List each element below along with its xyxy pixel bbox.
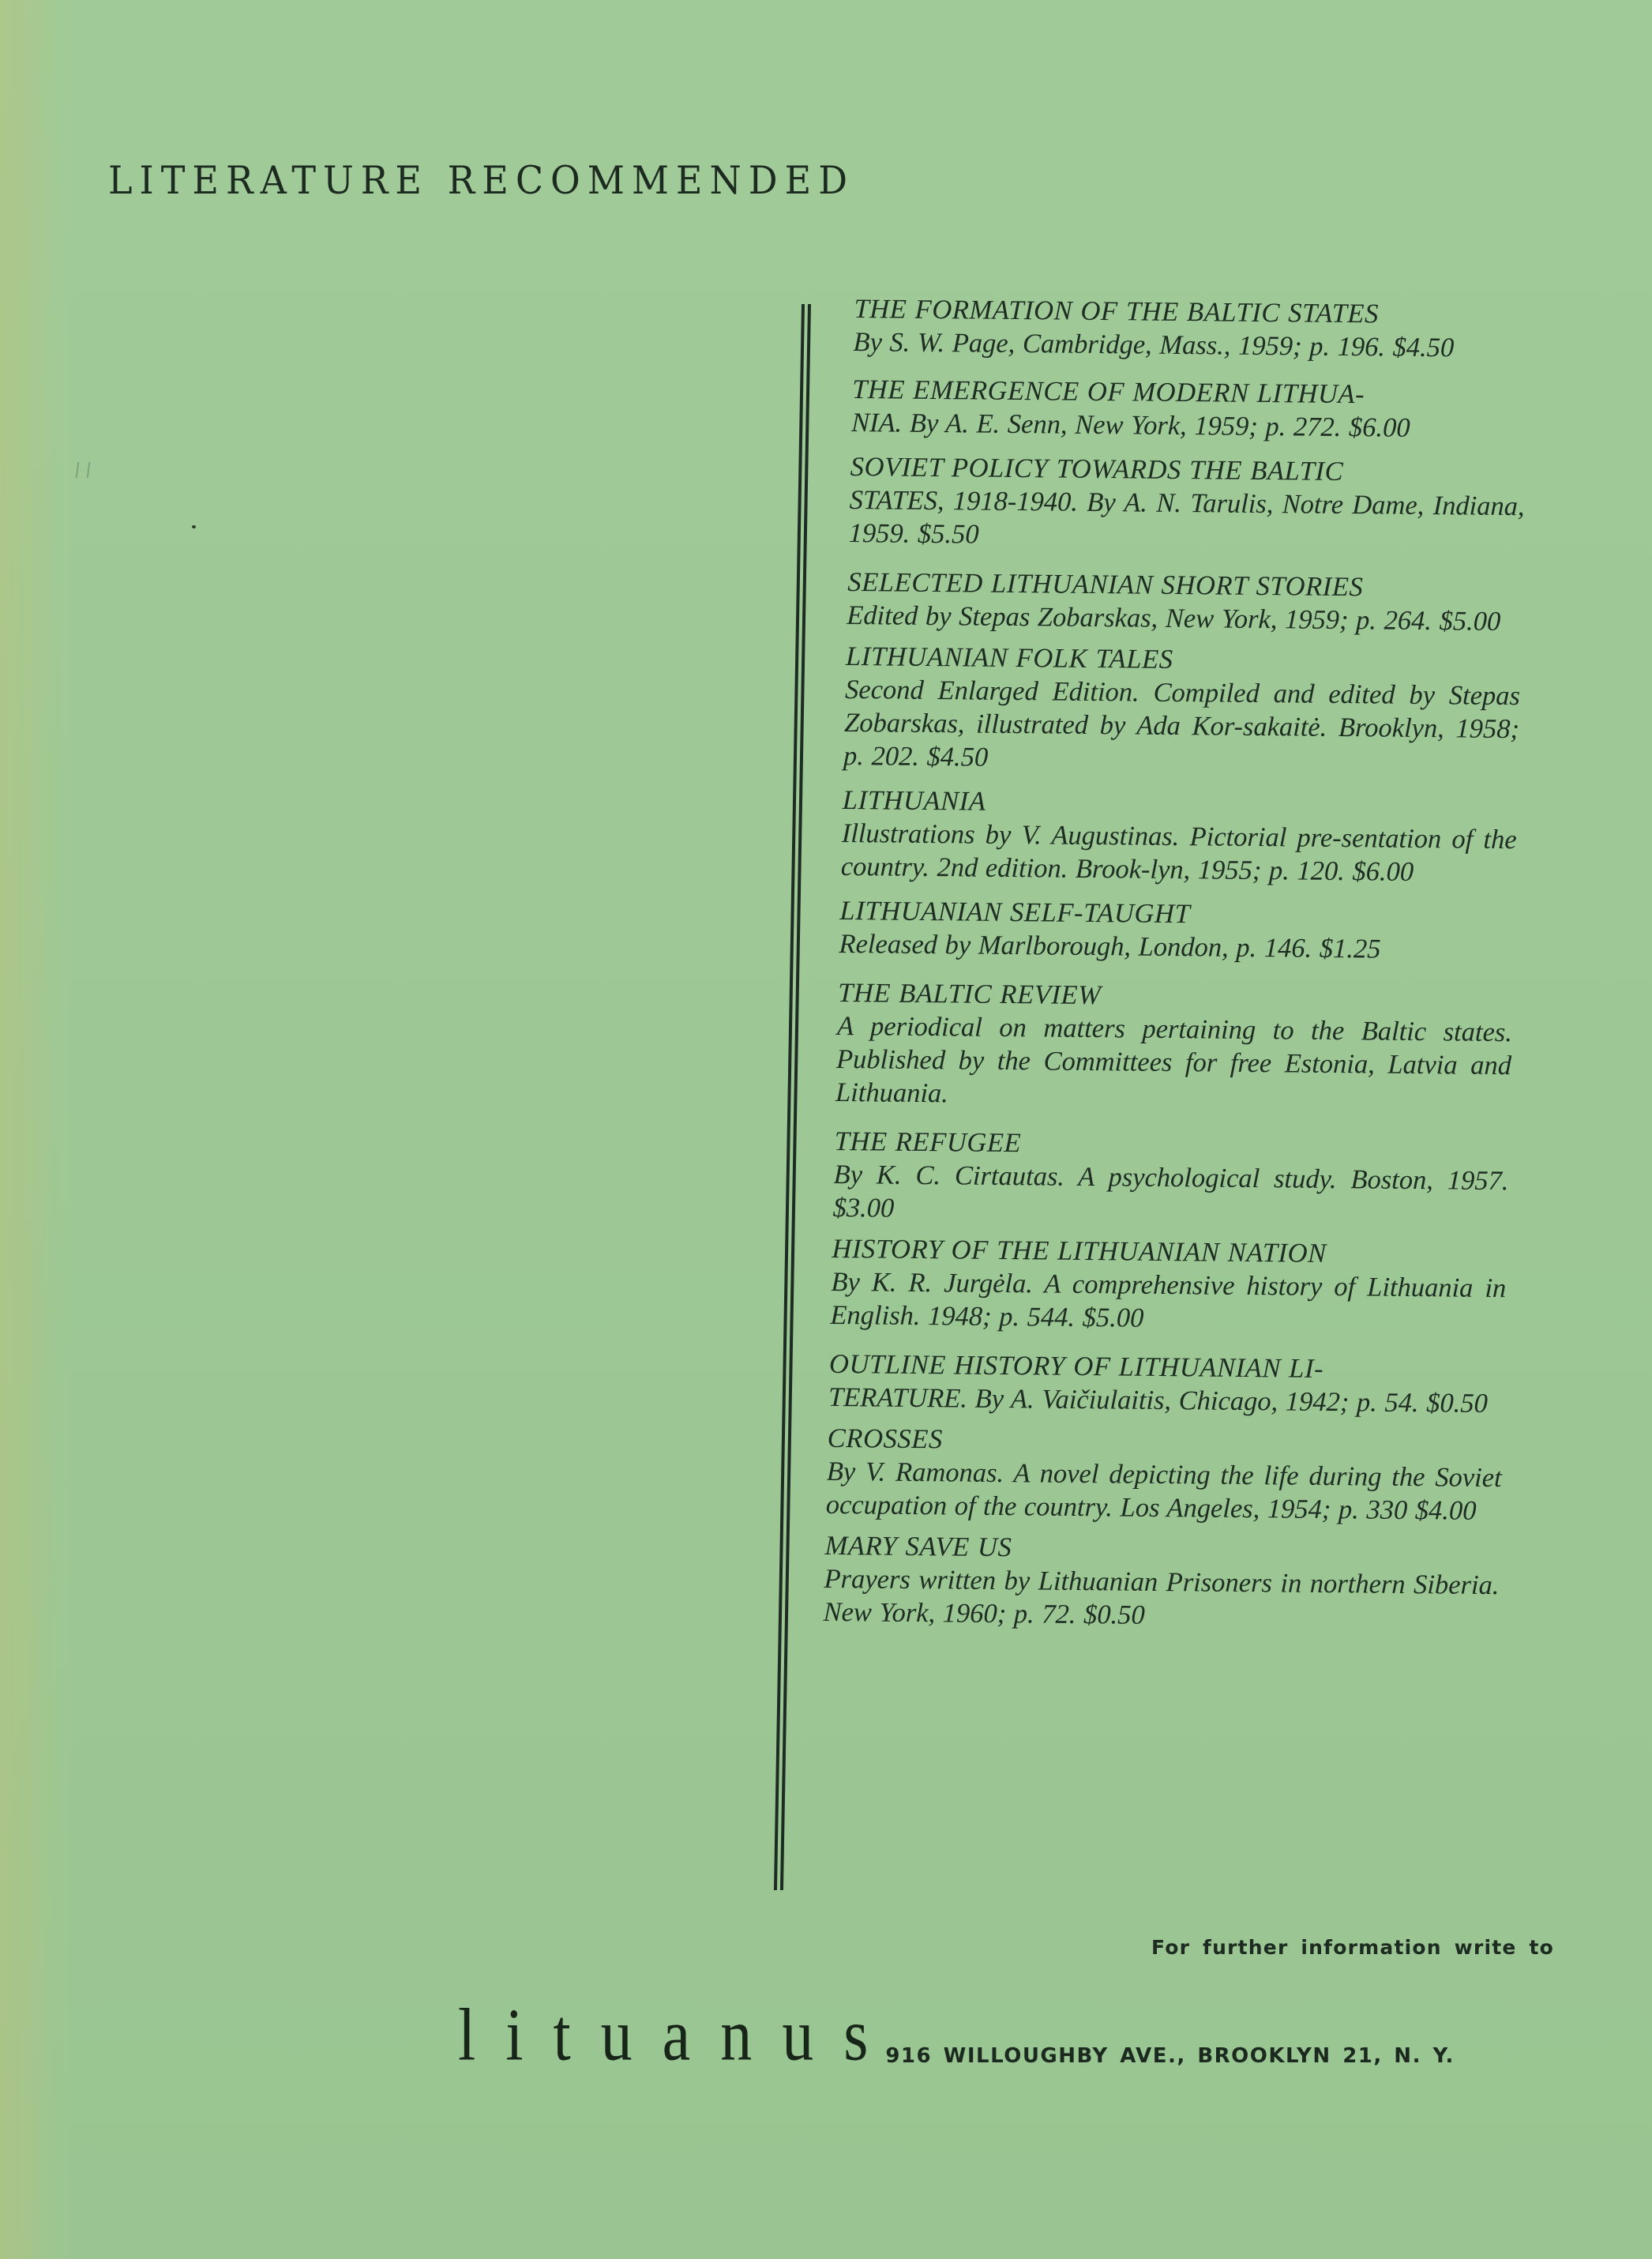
book-entry: OUTLINE HISTORY OF LITHUANIAN LI- TERATU…: [828, 1348, 1505, 1420]
book-description: Second Enlarged Edition. Compiled and ed…: [843, 673, 1521, 779]
document-page: LITERATURE RECOMMENDED THE FORMATION OF …: [0, 0, 1652, 2259]
book-entry: THE EMERGENCE OF MODERN LITHUA- NIA. By …: [851, 373, 1528, 445]
book-description: Released by Marlborough, London, p. 146.…: [839, 927, 1515, 967]
book-description: STATES, 1918-1940. By A. N. Tarulis, Not…: [848, 483, 1525, 556]
book-entry: MARY SAVE US Prayers written by Lithuani…: [823, 1529, 1500, 1635]
book-description: Prayers written by Lithuanian Prisoners …: [823, 1562, 1500, 1635]
contact-note: For further information write to: [1151, 1936, 1554, 1959]
book-description: NIA. By A. E. Senn, New York, 1959; p. 2…: [851, 406, 1527, 445]
book-description: By K. C. Cirtautas. A psychological stud…: [832, 1158, 1509, 1231]
book-entry: SOVIET POLICY TOWARDS THE BALTIC STATES,…: [848, 450, 1526, 556]
book-description: By K. R. Jurgėla. A comprehensive histor…: [830, 1265, 1507, 1338]
paper-speck: [192, 525, 196, 528]
book-entry: CROSSES By V. Ramonas. A novel depicting…: [825, 1422, 1503, 1528]
book-description: By V. Ramonas. A novel depicting the lif…: [825, 1455, 1502, 1528]
book-description: By S. W. Page, Cambridge, Mass., 1959; p…: [853, 325, 1529, 365]
publisher-address: 916 WILLOUGHBY AVE., BROOKLYN 21, N. Y.: [885, 2044, 1455, 2068]
book-entry: SELECTED LITHUANIAN SHORT STORIES Edited…: [847, 566, 1523, 638]
book-entry: THE FORMATION OF THE BALTIC STATES By S.…: [853, 292, 1530, 365]
book-description: Illustrations by V. Augustinas. Pictoria…: [840, 817, 1517, 889]
book-entry: HISTORY OF THE LITHUANIAN NATION By K. R…: [830, 1232, 1507, 1338]
publisher-logo: lituanus: [458, 1994, 898, 2078]
book-entry: LITHUANIAN SELF-TAUGHT Released by Marlb…: [839, 894, 1515, 967]
book-list: THE FORMATION OF THE BALTIC STATES By S.…: [823, 292, 1530, 1635]
book-entry: LITHUANIA Illustrations by V. Augustinas…: [840, 784, 1518, 889]
double-vertical-rule: [774, 304, 811, 1890]
book-entry: THE BALTIC REVIEW A periodical on matter…: [835, 976, 1514, 1115]
publisher-block: lituanus 916 WILLOUGHBY AVE., BROOKLYN 2…: [458, 2006, 1455, 2078]
book-entry: LITHUANIAN FOLK TALES Second Enlarged Ed…: [843, 640, 1522, 779]
book-description: Edited by Stepas Zobarskas, New York, 19…: [847, 599, 1522, 638]
book-entry: THE REFUGEE By K. C. Cirtautas. A psycho…: [832, 1125, 1510, 1231]
page-heading: LITERATURE RECOMMENDED: [108, 158, 854, 203]
book-description: A periodical on matters pertaining to th…: [835, 1009, 1513, 1115]
paper-smudge: [76, 462, 91, 478]
book-description: TERATURE. By A. Vaičiulaitis, Chicago, 1…: [828, 1381, 1504, 1420]
